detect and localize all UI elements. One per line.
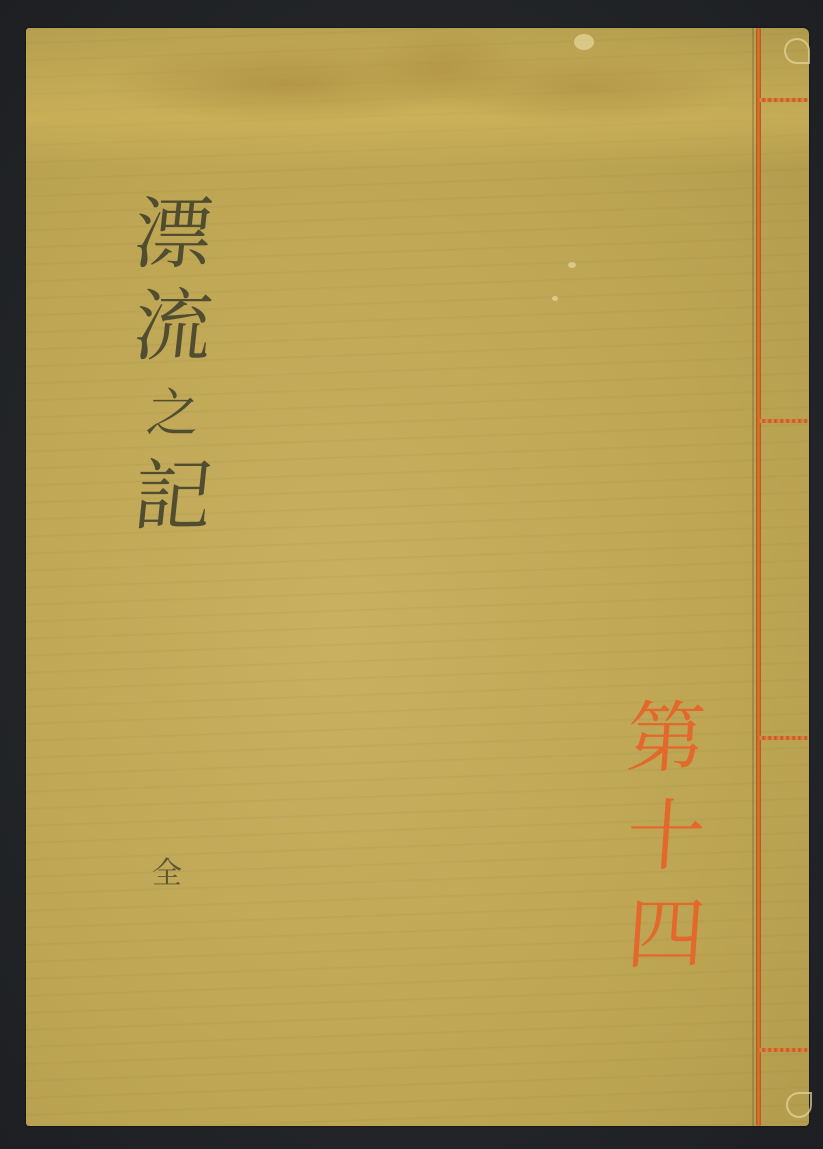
spine-fold [752,28,754,1126]
volume-number: 第 十 四 [616,700,716,994]
binding-stitch [758,736,808,740]
title-char: 記 [130,458,216,536]
binding-stitch [758,1048,808,1052]
binding-stitch [758,419,808,423]
title-char: 流 [130,288,216,366]
volume-char: 四 [624,896,707,974]
volume-char: 十 [624,798,707,876]
corner-curl [784,38,810,64]
binding-stitch [758,98,808,102]
corner-curl [786,1092,812,1118]
paper-speck [552,296,558,301]
paper-speck [574,34,594,50]
paper-speck [568,262,576,268]
title-char: 漂 [130,196,216,274]
completeness-mark: 全 [152,848,182,892]
volume-char: 第 [624,700,707,778]
book-title: 漂 流 之 記 [118,196,228,550]
title-char: 之 [144,388,201,440]
binding-thread-vertical [756,28,761,1126]
